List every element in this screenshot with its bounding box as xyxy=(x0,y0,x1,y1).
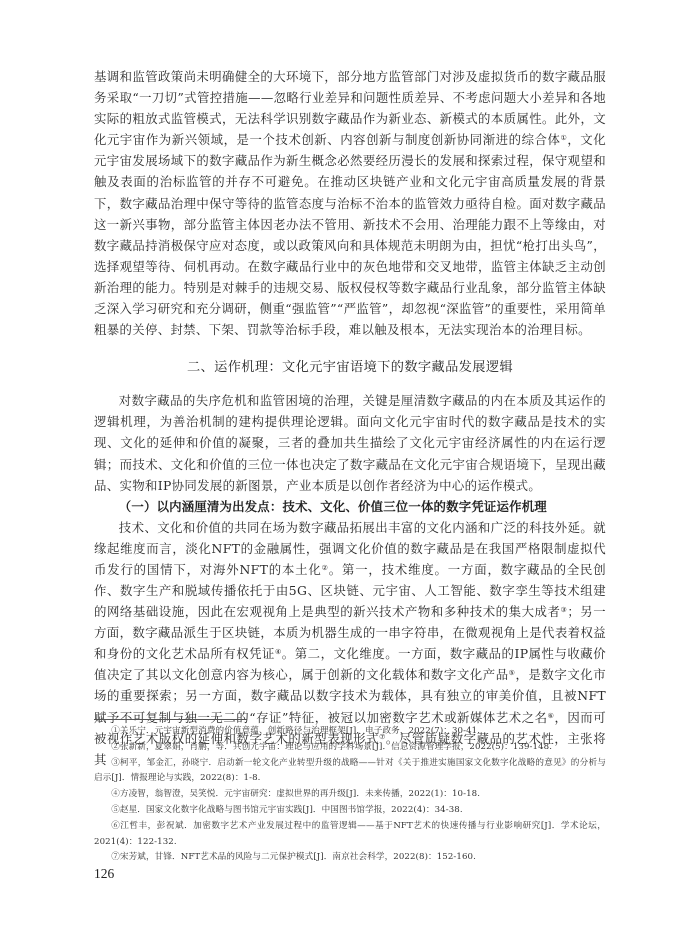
paragraph-text: 基调和监管政策尚未明确健全的大环境下，部分地方监管部门对涉及虚拟货币的数字藏品服… xyxy=(94,69,606,147)
section-intro-paragraph: 对数字藏品的失序危机和监管困境的治理，关键是厘清数字藏品的内在本质及其运作的逻辑… xyxy=(94,390,606,495)
footnote-divider xyxy=(94,719,247,720)
paragraph-text: ，文化元宇宙发展场域下的数字藏品作为新生概念必然要经历漫长的发展和探索过程，保守… xyxy=(94,132,606,337)
footnote-6: ⑥江哲丰，彭祝斌．加密数字艺术产业发展过程中的监管逻辑——基于NFT艺术的快速传… xyxy=(94,819,606,851)
footnote-1: ①关乐宁．元宇宙新型消费的价值意蕴、创新路径与治理框架[J]．电子政务，2022… xyxy=(94,724,606,740)
section-title: 二、运作机理：文化元宇宙语境下的数字藏品发展逻辑 xyxy=(94,357,606,379)
footnote-4: ④方凌智，翁智澄，吴笑悦．元宇宙研究：虚拟世界的再升级[J]．未来传播，2022… xyxy=(94,787,606,803)
footnote-2: ②张新新，夏翠娟，肖鹏，等．共创元宇宙：理论与应用的学科场景[J]．信息资源管理… xyxy=(94,740,606,756)
footnote-ref-4[interactable]: ④ xyxy=(275,648,282,656)
footnote-ref-5[interactable]: ⑤ xyxy=(509,669,516,677)
footnote-ref-2[interactable]: ② xyxy=(322,564,329,572)
paragraph-continued: 基调和监管政策尚未明确健全的大环境下，部分地方监管部门对涉及虚拟货币的数字藏品服… xyxy=(94,66,606,340)
page-number: 126 xyxy=(94,866,114,882)
footnote-5: ⑤赵星．国家文化数字化战略与图书馆元宇宙实践[J]．中国图书馆学报，2022(4… xyxy=(94,803,606,819)
footnote-3: ③柯平，邹金汇，孙晓宁．启动新一轮文化产业转型升级的战略——针对《关于推进实施国… xyxy=(94,756,606,788)
footnote-7: ⑦宋芳斌，甘锋．NFT艺术品的风险与二元保护模式[J]．南京社会科学，2022(… xyxy=(94,850,606,866)
footnotes: ①关乐宁．元宇宙新型消费的价值意蕴、创新路径与治理框架[J]．电子政务，2022… xyxy=(94,724,606,866)
subsection-title: （一）以内涵厘清为出发点：技术、文化、价值三位一体的数字凭证运作机理 xyxy=(94,496,606,517)
article-body: 基调和监管政策尚未明确健全的大环境下，部分地方监管部门对涉及虚拟货币的数字藏品服… xyxy=(94,66,606,770)
